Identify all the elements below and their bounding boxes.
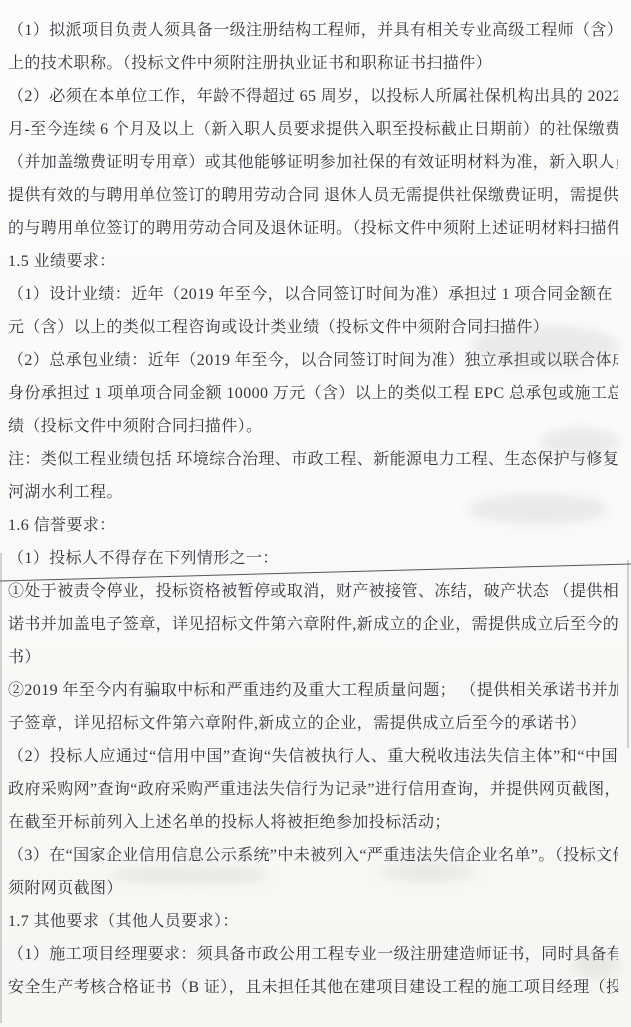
- section-heading: 1.5 业绩要求：: [8, 245, 618, 278]
- text-line: 身份承担过 1 项单项合同金额 10000 万元（含）以上的类似工程 EPC 总…: [8, 377, 618, 410]
- text-line: （2）必须在本单位工作，年龄不得超过 65 周岁，以投标人所属社保机构出具的 2…: [8, 80, 618, 113]
- paragraph-note-similar-projects: 注：类似工程业绩包括 环境综合治理、市政工程、新能源电力工程、生态保护与修复工程…: [8, 443, 618, 509]
- text-line: 安全生产考核合格证书（B 证），且未担任其他在建项目建设工程的施工项目经理（投标…: [8, 971, 618, 1004]
- document-page: （1）拟派项目负责人须具备一级注册结构工程师，并具有相关专业高级工程师（含）及以…: [0, 0, 631, 1027]
- paragraph-epc-performance: （2）总承包业绩：近年（2019 年至今，以合同签订时间为准）独立承担或以联合体…: [8, 344, 618, 443]
- text-line: （1）施工项目经理要求：须具备市政公用工程专业一级注册建造师证书，同时具备有效的: [8, 938, 618, 971]
- paragraph-credit-check-enterprise-system: （3）在“国家企业信用信息公示系统”中未被列入“严重违法失信企业名单”。（投标文…: [8, 839, 618, 905]
- paragraph-construction-project-manager: （1）施工项目经理要求：须具备市政公用工程专业一级注册建造师证书，同时具备有效的…: [8, 938, 618, 1004]
- text-line: （1）拟派项目负责人须具备一级注册结构工程师，并具有相关专业高级工程师（含）及以: [8, 14, 618, 47]
- text-line: ①处于被责令停业，投标资格被暂停或取消，财产被接管、冻结，破产状态 （提供相关承: [8, 575, 618, 608]
- text-line: 须附网页截图）: [8, 872, 618, 905]
- text-line: （2）总承包业绩：近年（2019 年至今，以合同签订时间为准）独立承担或以联合体…: [8, 344, 618, 377]
- text-line: 上的技术职称。（投标文件中须附注册执业证书和职称证书扫描件）: [8, 47, 618, 80]
- text-line: 月-至今连续 6 个月及以上（新入职人员要求提供入职至投标截止日期前）的社保缴费…: [8, 113, 618, 146]
- text-line: 诺书并加盖电子签章，详见招标文件第六章附件,新成立的企业，需提供成立后至今的承诺: [8, 608, 618, 641]
- text-line: 提供有效的与聘用单位签订的聘用劳动合同 退休人员无需提供社保缴费证明，需提供有效: [8, 179, 618, 212]
- paragraph-requirement-employment: （2）必须在本单位工作，年龄不得超过 65 周岁，以投标人所属社保机构出具的 2…: [8, 80, 618, 245]
- heading-1-7-other: 1.7 其他要求（其他人员要求）：: [8, 905, 618, 938]
- text-line: 在截至开标前列入上述名单的投标人将被拒绝参加投标活动；: [8, 806, 618, 839]
- section-heading: 1.7 其他要求（其他人员要求）：: [8, 905, 618, 938]
- text-line: （2）投标人应通过“信用中国”查询“失信被执行人、重大税收违法失信主体”和“中国: [8, 740, 618, 773]
- text-line: （3）在“国家企业信用信息公示系统”中未被列入“严重违法失信企业名单”。（投标文…: [8, 839, 618, 872]
- paragraph-credit-circle-1: ①处于被责令停业，投标资格被暂停或取消，财产被接管、冻结，破产状态 （提供相关承…: [8, 575, 618, 674]
- text-line: ②2019 年至今内有骗取中标和严重违约及重大工程质量问题； （提供相关承诺书并…: [8, 674, 618, 707]
- table-cell-left-border: [0, 553, 2, 1023]
- paragraph-credit-check-websites: （2）投标人应通过“信用中国”查询“失信被执行人、重大税收违法失信主体”和“中国…: [8, 740, 618, 839]
- paragraph-credit-circle-2: ②2019 年至今内有骗取中标和严重违约及重大工程质量问题； （提供相关承诺书并…: [8, 674, 618, 740]
- paragraph-credit-intro: （1）投标人不得存在下列情形之一：: [8, 542, 618, 575]
- table-cell-right-border: [627, 560, 629, 748]
- text-line: 子签章，详见招标文件第六章附件,新成立的企业，需提供成立后至今的承诺书）: [8, 707, 618, 740]
- text-line: 的与聘用单位签订的聘用劳动合同及退休证明。（投标文件中须附上述证明材料扫描件）: [8, 212, 618, 245]
- paragraph-requirement-project-leader: （1）拟派项目负责人须具备一级注册结构工程师，并具有相关专业高级工程师（含）及以…: [8, 14, 618, 80]
- text-line: 注：类似工程业绩包括 环境综合治理、市政工程、新能源电力工程、生态保护与修复工程…: [8, 443, 618, 476]
- heading-1-5-performance: 1.5 业绩要求：: [8, 245, 618, 278]
- text-line: 元（含）以上的类似工程咨询或设计类业绩（投标文件中须附合同扫描件）: [8, 311, 618, 344]
- text-line: 书）: [8, 641, 618, 674]
- text-line: （1）设计业绩：近年（2019 年至今，以合同签订时间为准）承担过 1 项合同金…: [8, 278, 618, 311]
- section-heading: 1.6 信誉要求：: [8, 509, 618, 542]
- paragraph-design-performance: （1）设计业绩：近年（2019 年至今，以合同签订时间为准）承担过 1 项合同金…: [8, 278, 618, 344]
- text-line: （并加盖缴费证明专用章）或其他能够证明参加社保的有效证明材料为准，新入职人员同时: [8, 146, 618, 179]
- text-line: 政府采购网”查询“政府采购严重违法失信行为记录”进行信用查询，并提供网页截图，对: [8, 773, 618, 806]
- heading-1-6-credit: 1.6 信誉要求：: [8, 509, 618, 542]
- text-line: 绩（投标文件中须附合同扫描件）。: [8, 410, 618, 443]
- text-line: 河湖水利工程。: [8, 476, 618, 509]
- text-line: （1）投标人不得存在下列情形之一：: [8, 542, 618, 575]
